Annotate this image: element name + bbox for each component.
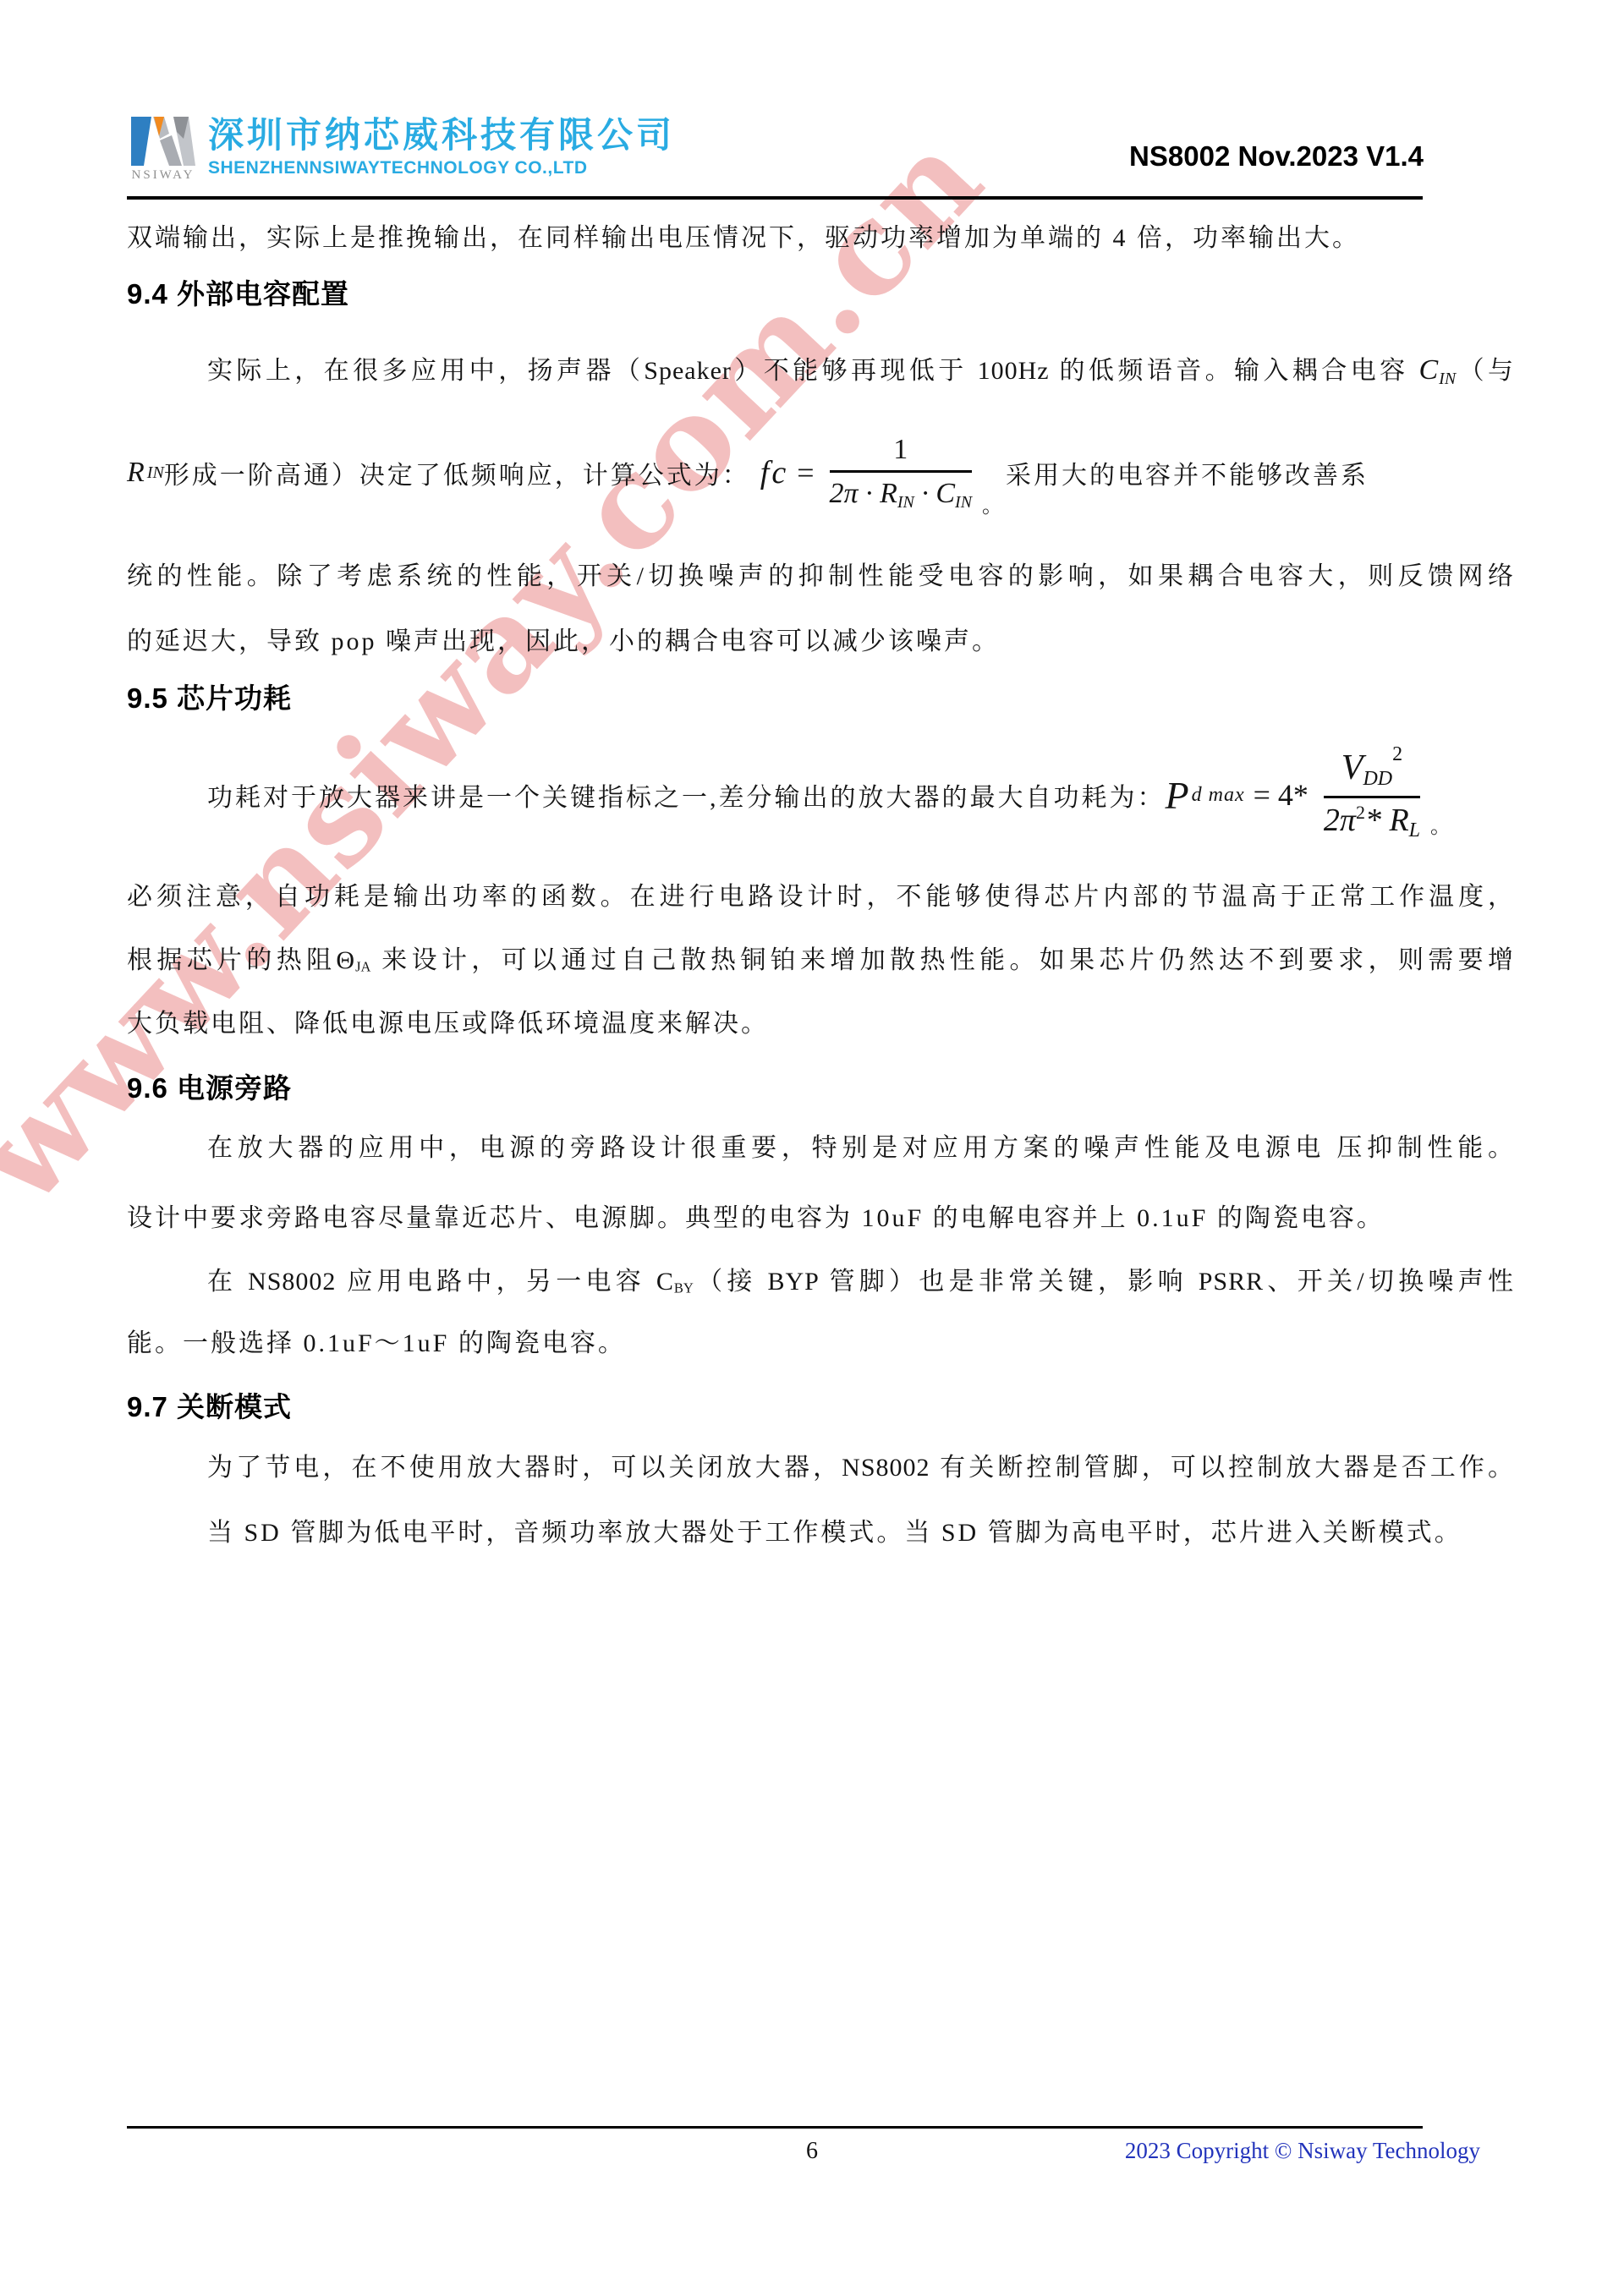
pd-denominator: 2π2* RL	[1324, 803, 1420, 843]
s97-line2: 当 SD 管脚为低电平时，音频功率放大器处于工作模式。当 SD 管脚为高电平时，…	[127, 1511, 1462, 1548]
footer-rule	[127, 2126, 1423, 2129]
doc-version: NS8002 Nov.2023 V1.4	[1129, 140, 1424, 173]
section-heading-9-6: 9.6 电源旁路	[127, 1066, 292, 1106]
document-page: www.nsiway.com.cn NSIWAY 深圳市纳芯威科技有限公司 SH…	[0, 0, 1624, 2296]
section-heading-9-7: 9.7 关断模式	[127, 1385, 292, 1425]
fc-formula-lhs: fc	[760, 454, 788, 491]
fc-equals: =	[797, 455, 814, 490]
fraction-bar	[1324, 796, 1420, 798]
s94-line1-tail: （与	[1456, 357, 1514, 385]
pd-subscript: d max	[1192, 784, 1245, 807]
logo-wordmark: NSIWAY	[127, 168, 200, 183]
pd-fraction: VDD2 2π2* RL	[1324, 748, 1420, 843]
rl-subscript: L	[1409, 819, 1420, 841]
rin-symbol: R	[127, 457, 147, 489]
copyright-text: 2023 Copyright © Nsiway Technology	[1125, 2138, 1480, 2164]
s95-line4: 大负载电阻、降低电源电压或降低环境温度来解决。	[127, 1002, 769, 1039]
fc-den-sub1: IN	[897, 493, 914, 512]
company-name-cn: 深圳市纳芯威科技有限公司	[208, 117, 675, 154]
s94-line2-text: 形成一阶高通）决定了低频响应，计算公式为：	[164, 454, 750, 491]
page-content: NSIWAY 深圳市纳芯威科技有限公司 SHENZHENNSIWAYTECHNO…	[0, 0, 1624, 2296]
fc-den-part2: · C	[914, 478, 955, 509]
s96-line3-tail: （接 BYP 管脚）也是非常关键，影响 PSRR、开关/切换噪声性	[694, 1268, 1514, 1296]
rin-subscript: IN	[147, 463, 164, 483]
s95-line1-text: 功耗对于放大器来讲是一个关键指标之一,差分输出的放大器的最大自功耗为：	[207, 776, 1166, 814]
section-heading-9-5: 9.5 芯片功耗	[127, 677, 292, 716]
pd-equals: = 4*	[1254, 777, 1309, 813]
pd-den-part1: 2π	[1324, 803, 1356, 838]
s96-line3-text: 在 NS8002 应用电路中，另一电容 C	[207, 1268, 674, 1296]
s95-line1-formula-row: 功耗对于放大器来讲是一个关键指标之一,差分输出的放大器的最大自功耗为： Pd m…	[127, 743, 1454, 847]
nsiway-logo-icon	[129, 113, 197, 169]
fc-den-part1: 2π · R	[830, 478, 897, 509]
theta-ja-subscript: JA	[355, 958, 370, 974]
section-heading-9-4: 9.4 外部电容配置	[127, 272, 349, 312]
fc-period: 。	[982, 489, 1002, 518]
fc-den-sub2: IN	[955, 493, 972, 512]
company-name-en: SHENZHENNSIWAYTECHNOLOGY CO.,LTD	[208, 158, 675, 178]
fc-fraction: 1 2π · RIN · CIN	[830, 433, 973, 512]
s96-line1: 在放大器的应用中，电源的旁路设计很重要，特别是对应用方案的噪声性能及电源电 压抑…	[127, 1126, 1514, 1164]
s94-line2-tail: 采用大的电容并不能够改善系	[1006, 454, 1369, 491]
cby-subscript: BY	[674, 1280, 694, 1296]
fraction-bar	[830, 470, 973, 473]
s94-line3: 统的性能。除了考虑系统的性能，开关/切换噪声的抑制性能受电容的影响，如果耦合电容…	[127, 555, 1514, 592]
vdd-symbol: V	[1341, 748, 1363, 787]
company-logo: NSIWAY	[127, 113, 200, 183]
vdd-subscript: DD	[1363, 768, 1392, 790]
s94-line4: 的延迟大，导致 pop 噪声出现，因此，小的耦合电容可以减少该噪声。	[127, 620, 1000, 657]
s94-line1-text: 实际上，在很多应用中，扬声器（Speaker）不能够再现低于 100Hz 的低频…	[207, 357, 1418, 385]
s96-line3: 在 NS8002 应用电路中，另一电容 CBY（接 BYP 管脚）也是非常关键，…	[127, 1260, 1514, 1297]
pd-den-sup: 2	[1356, 802, 1365, 823]
s96-line2: 设计中要求旁路电容尽量靠近芯片、电源脚。典型的电容为 10uF 的电解电容并上 …	[127, 1197, 1385, 1234]
s96-line4: 能。一般选择 0.1uF～1uF 的陶瓷电容。	[127, 1322, 626, 1359]
pd-symbol: P	[1166, 773, 1192, 818]
s94-line2-formula-row: RIN 形成一阶高通）决定了低频响应，计算公式为： fc = 1 2π · RI…	[127, 419, 1369, 527]
cin-subscript: IN	[1439, 370, 1456, 388]
s97-line1: 为了节电，在不使用放大器时，可以关闭放大器，NS8002 有关断控制管脚，可以控…	[127, 1446, 1514, 1483]
s95-line3-tail: 来设计，可以通过自己散热铜铂来增加散热性能。如果芯片仍然达不到要求，则需要增	[370, 946, 1514, 974]
fc-denominator: 2π · RIN · CIN	[830, 477, 973, 512]
s95-line2: 必须注意，自功耗是输出功率的函数。在进行电路设计时，不能够使得芯片内部的节温高于…	[127, 875, 1514, 912]
s95-line3-text: 根据芯片的热阻Θ	[127, 946, 355, 974]
vdd-superscript: 2	[1392, 743, 1402, 765]
fc-numerator: 1	[893, 433, 908, 466]
s95-line3: 根据芯片的热阻ΘJA 来设计，可以通过自己散热铜铂来增加散热性能。如果芯片仍然达…	[127, 939, 1514, 976]
pd-numerator: VDD2	[1341, 748, 1402, 792]
pd-den-part2: * R	[1365, 803, 1409, 838]
s94-line1: 实际上，在很多应用中，扬声器（Speaker）不能够再现低于 100Hz 的低频…	[127, 349, 1514, 389]
company-name-block: 深圳市纳芯威科技有限公司 SHENZHENNSIWAYTECHNOLOGY CO…	[208, 117, 675, 178]
intro-line: 双端输出，实际上是推挽输出，在同样输出电压情况下，驱动功率增加为单端的 4 倍，…	[127, 216, 1360, 254]
header-rule	[127, 196, 1423, 200]
cin-symbol: C	[1418, 354, 1439, 386]
pd-period: 。	[1430, 809, 1451, 839]
